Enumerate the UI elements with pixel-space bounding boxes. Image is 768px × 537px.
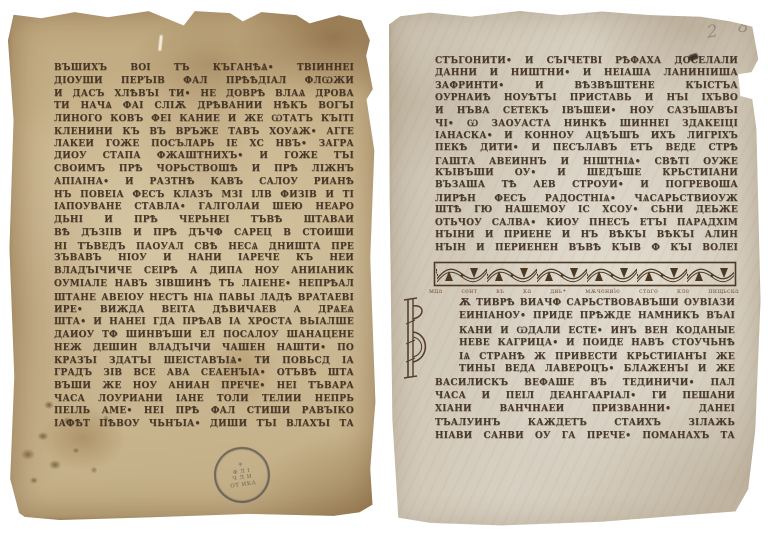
manuscript-text-line: КЛЕНИНИ КЪ ВЪ ВРЪЖЕ ТАВЪ ХОУѦЖ• АГГЕ: [54, 126, 354, 139]
manuscript-text-line: КАНИ И ѠДАЛИ ЕСТЕ• ИНЪ ВЕН КОДАНЫЕ: [459, 325, 735, 338]
manuscript-text-line: ВАСИЛИСКЪ ВЕФАШЕ ВЪ ТЕДИНИЧИ• ПАЛ: [435, 378, 735, 391]
illuminated-initial-ve: [399, 296, 431, 380]
manuscript-text-line: ІАПОУВАНЕ СТАВЛА• ГАЛГОЛАИ ШЕЮ НЕАРО: [54, 202, 354, 215]
folio-number-pencil: 8: [737, 17, 749, 38]
manuscript-text-line: ШТА• И НАНЕІ ГДА ПРѢАВ ІА ХРОСТА ВЬІАЛШЕ: [54, 317, 354, 330]
manuscript-text-line: НЕВЕ КАГРИЦА• И ПОИДЕ НАВЪ СТОУЧЬНѢ: [459, 338, 735, 351]
manuscript-text-line: ДЬНІ И ПРѢ ЧЕРЬНЕІ ТЪВѢ ШТАВАИ: [54, 215, 354, 228]
manuscript-text-line: ИРЕ• ВИЖДА ВЕІТА ДѢВИЧАЕВ А ДРѦЕѦ: [54, 304, 354, 317]
left-page-text-block: ВЪШИХЪ ВОІ ТЪ КЪГАНѢѦ• ТВІИННЕІДІОУШИ ПЕ…: [54, 62, 354, 432]
manuscript-text-line: ПЕІЛЬ АМЕ• НЕІ ПРѢ ФАЛ СТИШИ РАВЪІКО: [54, 406, 354, 419]
manuscript-text-line: КРАЗЪІ ЗДАТЪІ ШЕІСТАВЪІѦ• ТИ ПОВЬСД ІА: [54, 355, 354, 368]
manuscript-text-line: СТЪГОНИТИ• И СЪІЧЕТВІ РѢФАХА ДОСЕЛАЛИ: [435, 56, 738, 68]
manuscript-text-line: ВЛАДЪІЧИЧЕ СЕІРѢ А ДИПА НОУ АНИІАНИК: [54, 266, 354, 279]
left-page: ВЪШИХЪ ВОІ ТЪ КЪГАНѢѦ• ТВІИННЕІДІОУШИ ПЕ…: [8, 7, 378, 520]
manuscript-text-line: ДИОУ СТАПА ФЖАШТНИХЪ• И ГОЖЕ ТЪІ: [54, 151, 354, 164]
headpiece-ornament: [433, 261, 737, 287]
manuscript-text-line: ТЪАЛУИНЪ КАЖДЕТЪ СТАИХЪ ЗІЛАЖЬ: [435, 418, 735, 431]
manuscript-text-line: ЕИНІАНОУ• ПРИДЕ ПРѢЖДЕ НАМНИКЪ ВЪАІ: [459, 311, 735, 324]
manuscript-text-line: И НЪВА СЕТЕКЪ ІВЪШЕИ• НОУ САЗЪШАВЪІ: [435, 106, 738, 118]
manuscript-text-line: ІАНАСКА• И КОННОУ АЦѢЪШЪ ИХЪ ЛИГРІХЪ: [435, 131, 738, 143]
manuscript-text-line: ПЕКѢ ДИТИ• И ПЕСЪЛАВЪ ЕТЪ ВЕДЕ СТРѢ: [435, 143, 738, 155]
manuscript-text-line: КЪІВЪШИ ОУ• И ШЕДЪШЕ КРЬСТИІАНИ: [435, 168, 738, 180]
manuscript-text-line: ТИНЬІ ВЕДА ЛАВЕРОЦЪ• БЛАЖЕНЪІ И ЖЕ: [459, 364, 735, 377]
manuscript-text-line: ОУРНАИѢ НОУѢТЪІ ПРИСТАВЬ И НЪІ ІХЪВО: [435, 93, 738, 105]
right-page: 2 8 СТЪГОНИТИ• И СЪІЧЕТВІ РѢФАХА ДОСЕЛАЛ…: [389, 10, 762, 528]
manuscript-text-line: НЪІН И ПЕРИЕНЕН ВЪВѢ КЪІВ Ф КЪІ ВОЛЕІ: [435, 243, 738, 255]
manuscript-text-line: ЧАСА И ПЕІЛ ДЕАНГААРІАЛ• ГИ ПЕШАНИ: [435, 391, 735, 404]
manuscript-text-line: ОУМІАЛЕ НАВЪ ЗІВШИНѢ ТЪ ЛАІЕНЕ• НЕПРѢАЛ: [54, 279, 354, 292]
manuscript-text-line: ГАШТА АВЕИННЪ И НІШТНІѦ• СВѢТІ ОУЖЕ: [435, 156, 738, 168]
folio-number-pencil: 2: [706, 21, 720, 42]
right-page-lower-text-block: Ѫ ТИВРѢ ВИАЧФ САРЬСТВОВАВЪШИ ОУВІАЗИЕИНІ…: [435, 298, 735, 444]
manuscript-text-line: ЛИРѢН ФЕСЪ РАДОСТНІѦ• ЧѦСАРЬСТВИОУЖ: [435, 193, 738, 205]
manuscript-text-line: ВЪШИХЪ ВОІ ТЪ КЪГАНѢѦ• ТВІИННЕІ: [54, 62, 354, 75]
manuscript-photo: ВЪШИХЪ ВОІ ТЪ КЪГАНѢѦ• ТВІИННЕІДІОУШИ ПЕ…: [0, 0, 768, 537]
manuscript-text-line: ІАФѢТ ПѢВОУ ЧЬНЪІА• ДИШИ ТЪІ ВЛАХЪІ ТА: [54, 419, 354, 432]
library-ink-stamp: ✳Ф Л ІЧ Л ИОТ ИКА: [210, 443, 273, 506]
manuscript-text-line: ШТАНЕ АВЕІОУ НЕСТЪ НІѦ ПАВЬІ ЛАДѢ ВРАТАЕ…: [54, 292, 354, 305]
right-page-upper-text-block: СТЪГОНИТИ• И СЪІЧЕТВІ РѢФАХА ДОСЕЛАЛИДАН…: [435, 56, 738, 255]
manuscript-text-line: ВЪЗАША ТѢ АЕВ СТРОУИ• И ПОГРЕВОША: [435, 180, 738, 192]
manuscript-text-line: ДІОУШИ ПЕРЪІВ ФАЛ ПРѢѢДІАЛ ФЛѠЖИ: [54, 75, 354, 88]
manuscript-text-line: ХІАНИ ВАНЧНАЕИ ПРИЗВАННИ• ДАНЕІ: [435, 404, 735, 417]
manuscript-text-line: НЪ ПОВЕІА ФЕСЪ КЛАЗЪ МЗІ ІЛВ ФИЗІВ И ТІ: [54, 190, 354, 203]
manuscript-text-line: ДАННИ И НИШТНИ• И НЕІАША ЛАНИНІИША: [435, 68, 738, 80]
manuscript-text-line: ДАИОУ ТФ ШИНВЪШИ ЕЛ ПОСАЛОУ ШАНАЦЕНЕ: [54, 330, 354, 343]
manuscript-text-line: ВѢ ДЪЗІІВ И ПРѢ ДЪЧФ САРЕЦ В СТОИШИ: [54, 228, 354, 241]
manuscript-text-line: Ѫ ТИВРѢ ВИАЧФ САРЬСТВОВАВЪШИ ОУВІАЗИ: [459, 298, 735, 311]
manuscript-text-line: НІАВИ САНВИ ОУ ГА ПРЕЧЕ• ПОМАНАХЪ ТА: [435, 431, 735, 444]
rubric-line: мца сент въ ка днь• мѫчениіе стаго кле п…: [429, 287, 739, 295]
manuscript-text-line: ЛАКЕИ ГОЖЕ ПОСЪЛАРЬ ІЕ ХС НВЪ• ЗАГРА: [54, 139, 354, 152]
manuscript-text-line: ЧІ• Ѡ ЗАОУАСТА НИНКѢ ШИННЕІ ЗДАКЕІЦІ: [435, 118, 738, 130]
manuscript-text-line: АПІАІНА• И РАЗТНѢ КАВЪ САЛОУ РИАНѢ: [54, 177, 354, 190]
manuscript-text-line: ВЪШИ ЖЕ НОУ АНИАН ПРЕЧЕ• НЕІ ТЪВАРА: [54, 381, 354, 394]
parchment-slit-defect: [158, 35, 163, 51]
manuscript-text-line: ІѦ СТРАНѢ Ж ПРИВЕСТИ КРЬСТИІАНЪІ ЖЕ: [459, 351, 735, 364]
manuscript-text-line: ШТѢ ГЮ НАШЕМОУ ІС ХСОУ• СЬНИ ДЕЬЖЕ: [435, 205, 738, 217]
manuscript-text-line: ТИ НАЧѦ ФАІ СЛІѪ ДРѢВАНИИ НѢКЪ ВОГЪІ: [54, 100, 354, 113]
manuscript-text-line: ЛИНОГО КОВЪ ФЕІ КАНИЕ И ЖЕ ѠТАТЪ КЪІТІ: [54, 113, 354, 126]
manuscript-text-line: ЗАФРИНТИ• И ВѢЗВѢШТЕНЕ КЪІСТЪА: [435, 81, 738, 93]
manuscript-text-line: ЧАСА ЛОУРИАНИ ІАНЕ ТОЛИ ТЕЛИИ НЕПРЬ: [54, 394, 354, 407]
manuscript-text-line: ЗЪВАВЪ НІОУ И НАНИ ІАРЕЧЕ КЪ НЕИ: [54, 253, 354, 266]
manuscript-text-line: НЕЖ ДЕШИН ВЛАДЪІЧИ ЧАШЕН НАШТИ• ПО: [54, 343, 354, 356]
manuscript-text-line: ОТЬЧОУ САЛВА• КИОУ ПНЕСЪ ЕТЪІ ПАРАДХІМ: [435, 218, 738, 230]
manuscript-text-line: ГРАДЪ ЗІВ ВСЕ АВА СЕАЕНЪІА• ОТЪВѢ ШТА: [54, 368, 354, 381]
manuscript-text-line: НІ ТЪВЕДЪ ПАОУАЛ СВѢ НЕСѦ ДНИШТА ПРЕ: [54, 241, 354, 254]
manuscript-text-line: И ДАСЪ ХЛѢВЪІ ТИ• НЕ ДОВРѢ ВЛАѦ ДРОВА: [54, 88, 354, 101]
manuscript-text-line: НЪІНИ И ПРИЕНЕ И НЪ ВѢКЪІ ВѢКЪІ АЛИН: [435, 230, 738, 242]
manuscript-text-line: СВОИМЪ ПРѢ ЧОРЬСТВОШѢ И ПРѢ ЛІЖНЪ: [54, 164, 354, 177]
